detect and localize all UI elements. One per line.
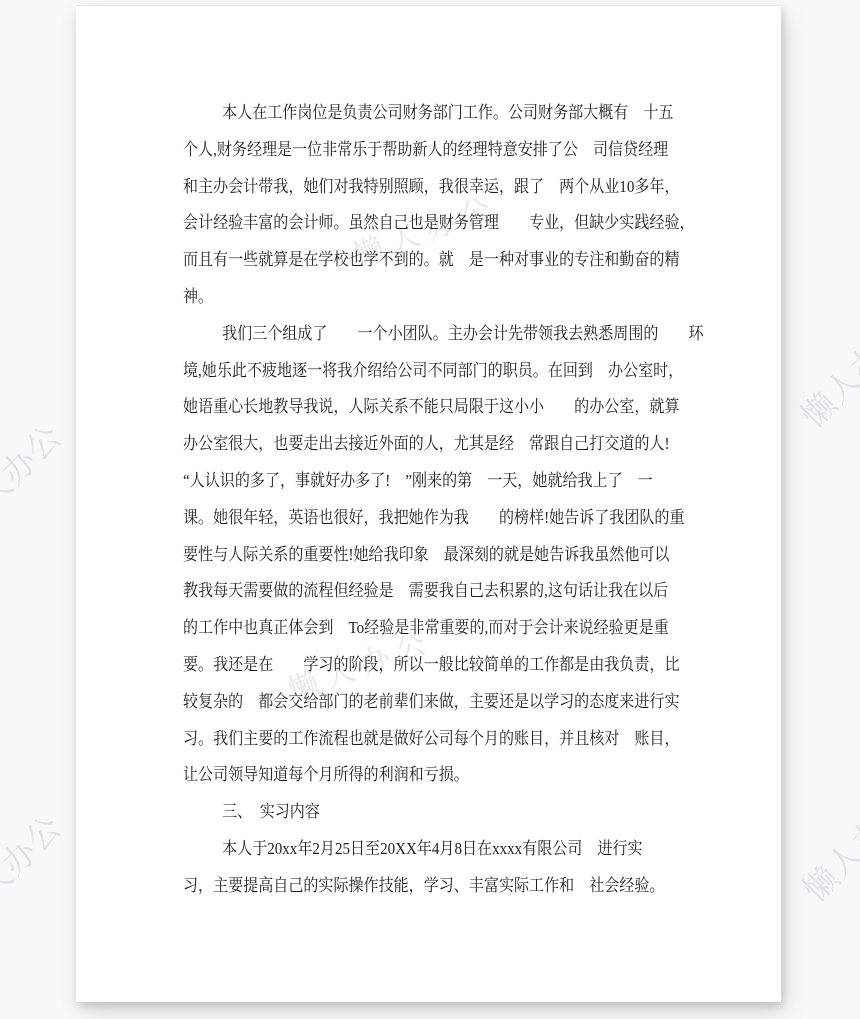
text-line-13: 要性与人际关系的重要性!她给我印象 最深刻的就是她告诉我虽然他可以: [183, 537, 679, 574]
text-line-7: 我们三个组成了 一个小团队。主办会计先带领我去熟悉周围的 环: [183, 316, 679, 353]
watermark-text: 懒人办公: [0, 412, 71, 541]
text-line-11: “人认识的多了，事就好办多了! ”刚来的第 一天，她就给我上了 一: [183, 463, 679, 500]
text-line-12: 课。她很年轻，英语也很好，我把她作为我 的榜样!她告诉了我团队的重: [183, 500, 679, 537]
text-line-21: 本人于20xx年2月25日至20XX年4月8日在xxxx有限公司 进行实: [183, 831, 679, 868]
text-line-3: 和主办会计带我，她们对我特别照顾，我很幸运，跟了 两个从业10多年，: [183, 169, 679, 206]
text-line-18: 习。我们主要的工作流程也就是做好公司每个月的账目，并且核对 账目，: [183, 721, 679, 758]
document-body: 本人在工作岗位是负责公司财务部门工作。公司财务部大概有 十五 个人,财务经理是一…: [183, 95, 743, 905]
watermark-text: 懒人办公: [791, 781, 860, 910]
text-line-10: 办公室很大，也要走出去接近外面的人，尤其是经 常跟自己打交道的人!: [183, 426, 679, 463]
text-line-8: 境,她乐此不疲地逐一将我介绍给公司不同部门的职员。在回到 办公室时，: [183, 353, 679, 390]
text-line-15: 的工作中也真正体会到 To经验是非常重要的,而对于会计来说经验更是重: [183, 610, 679, 647]
text-line-6: 神。: [183, 279, 679, 316]
text-line-14: 教我每天需要做的流程但经验是 需要我自己去积累的,这句话让我在以后: [183, 573, 679, 610]
text-line-22: 习，主要提高自己的实际操作技能，学习、丰富实际工作和 社会经验。: [183, 868, 679, 905]
document-viewer: 本人在工作岗位是负责公司财务部门工作。公司财务部大概有 十五 个人,财务经理是一…: [0, 0, 860, 1019]
document-page: 本人在工作岗位是负责公司财务部门工作。公司财务部大概有 十五 个人,财务经理是一…: [76, 5, 781, 1002]
text-line-19: 让公司领导知道每个月所得的利润和亏损。: [183, 757, 679, 794]
text-line-9: 她语重心长地教导我说，人际关系不能只局限于这小小 的办公室，就算: [183, 389, 679, 426]
watermark-text: 懒人办公: [789, 307, 860, 436]
text-line-5: 而且有一些就算是在学校也学不到的。就 是一种对事业的专注和勤奋的精: [183, 242, 679, 279]
text-line-1: 本人在工作岗位是负责公司财务部门工作。公司财务部大概有 十五: [183, 95, 679, 132]
watermark-text: 懒人办公: [0, 803, 71, 932]
text-line-2: 个人,财务经理是一位非常乐于帮助新人的经理特意安排了公 司信贷经理: [183, 132, 679, 169]
text-line-17: 较复杂的 都会交给部门的老前辈们来做，主要还是以学习的态度来进行实: [183, 684, 679, 721]
section-heading: 三、 实习内容: [183, 794, 679, 831]
text-line-4: 会计经验丰富的会计师。虽然自己也是财务管理 专业，但缺少实践经验，: [183, 205, 679, 242]
text-line-16: 要。我还是在 学习的阶段，所以一般比较简单的工作都是由我负责，比: [183, 647, 679, 684]
